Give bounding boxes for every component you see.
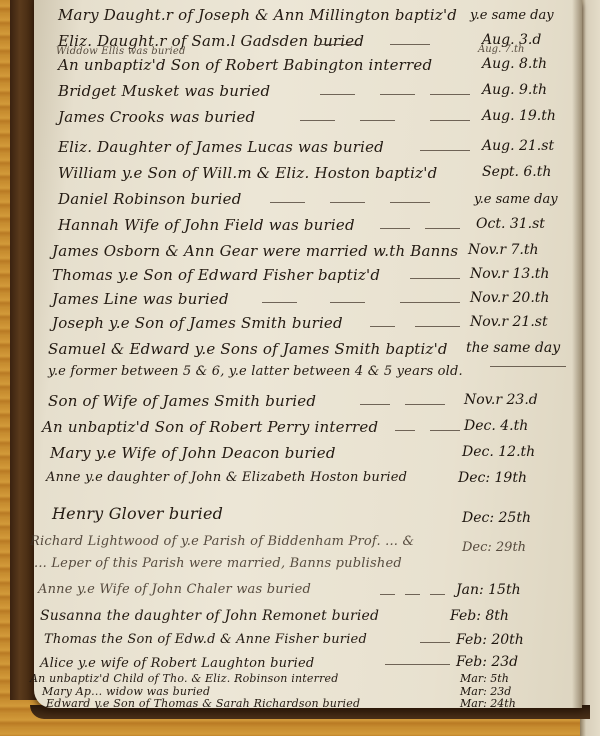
entry-date: Aug. 19.th xyxy=(482,108,556,124)
entry-date: Nov.r 7.th xyxy=(468,242,539,258)
entry-text: James Crooks was buried xyxy=(58,108,255,126)
separator-dash xyxy=(430,594,445,595)
entry-date: Aug. 8.th xyxy=(482,56,547,72)
separator-dash xyxy=(380,94,415,95)
entry-date: Nov.r 20.th xyxy=(470,290,549,306)
entry-text: Richard Lightwood of y.e Parish of Bidde… xyxy=(30,534,414,549)
register-entry: Thomas y.e Son of Edward Fisher baptiz'd… xyxy=(0,262,600,286)
entry-text: Henry Glover buried xyxy=(52,504,223,523)
entry-date: y.e same day xyxy=(474,192,558,207)
entry-date: Sept. 6.th xyxy=(482,164,551,180)
entry-text: Thomas the Son of Edw.d & Anne Fisher bu… xyxy=(44,632,367,647)
separator-dash xyxy=(430,120,470,121)
entry-text: Anne y.e daughter of John & Elizabeth Ho… xyxy=(46,470,407,485)
separator-dash xyxy=(330,202,365,203)
register-entry: Eliz. Daughter of James Lucas was buried… xyxy=(0,134,600,158)
entry-date: Aug. 9.th xyxy=(482,82,547,98)
register-entry: Samuel & Edward y.e Sons of James Smith … xyxy=(0,336,600,360)
register-entry: Anne y.e Wife of John Chaler was buried … xyxy=(0,578,600,602)
entry-date: Aug. 21.st xyxy=(482,138,554,154)
entry-text: Mary Daught.r of Joseph & Ann Millington… xyxy=(58,6,457,24)
separator-dash xyxy=(425,228,460,229)
entry-text: Mary y.e Wife of John Deacon buried xyxy=(50,444,336,462)
entry-date: Mar: 24th xyxy=(460,697,516,710)
entry-date: y.e same day xyxy=(470,8,554,23)
register-entry: y.e former between 5 & 6, y.e latter bet… xyxy=(0,360,600,384)
separator-dash xyxy=(270,202,305,203)
separator-dash xyxy=(430,94,470,95)
separator-dash xyxy=(405,404,445,405)
register-entry: Daniel Robinson buried y.e same day xyxy=(0,186,600,210)
entry-text: Bridget Musket was buried xyxy=(58,82,270,100)
entry-date: Dec. 4.th xyxy=(464,418,528,434)
separator-dash xyxy=(490,366,566,367)
separator-dash xyxy=(400,302,460,303)
entry-date: Jan: 15th xyxy=(456,582,521,598)
entry-text: Daniel Robinson buried xyxy=(58,190,242,208)
register-entry: Bridget Musket was buried Aug. 9.th xyxy=(0,78,600,102)
entry-text: y.e former between 5 & 6, y.e latter bet… xyxy=(48,364,463,379)
entry-date: Dec. 12.th xyxy=(462,444,535,460)
entry-date: Feb: 20th xyxy=(456,632,524,648)
register-entries: Mary Daught.r of Joseph & Ann Millington… xyxy=(0,0,600,736)
register-entry: Son of Wife of James Smith buried Nov.r … xyxy=(0,388,600,412)
separator-dash xyxy=(360,120,395,121)
register-entry: An unbaptiz'd Son of Robert Perry interr… xyxy=(0,414,600,438)
entry-text: Samuel & Edward y.e Sons of James Smith … xyxy=(48,340,448,358)
entry-text: An unbaptiz'd Son of Robert Perry interr… xyxy=(42,418,378,436)
register-entry: Thomas the Son of Edw.d & Anne Fisher bu… xyxy=(0,628,600,652)
register-entry: An unbaptiz'd Son of Robert Babington in… xyxy=(0,52,600,76)
entry-text: William y.e Son of Will.m & Eliz. Hoston… xyxy=(58,164,437,182)
separator-dash xyxy=(262,302,297,303)
entry-date: Feb: 23d xyxy=(456,654,518,670)
entry-text: James Osborn & Ann Gear were married w.t… xyxy=(52,242,458,260)
entry-date: Nov.r 23.d xyxy=(464,392,538,408)
entry-text: Joseph y.e Son of James Smith buried xyxy=(52,314,343,332)
separator-dash xyxy=(390,202,430,203)
entry-text: Son of Wife of James Smith buried xyxy=(48,392,316,410)
entry-text: ... Leper of this Parish were married, B… xyxy=(34,556,402,571)
separator-dash xyxy=(410,278,460,279)
register-entry: James Line was buried Nov.r 20.th xyxy=(0,286,600,310)
entry-text: James Line was buried xyxy=(52,290,229,308)
entry-date: Dec: 19th xyxy=(458,470,527,486)
entry-date: Dec: 25th xyxy=(462,510,531,526)
separator-dash xyxy=(300,120,335,121)
separator-dash xyxy=(415,326,460,327)
separator-dash xyxy=(405,594,420,595)
register-entry: Hannah Wife of John Field was buried Oct… xyxy=(0,212,600,236)
entry-text: Susanna the daughter of John Remonet bur… xyxy=(40,608,379,624)
separator-dash xyxy=(320,94,355,95)
separator-dash xyxy=(420,642,450,643)
entry-date: Nov.r 13.th xyxy=(470,266,549,282)
entry-date: the same day xyxy=(466,340,560,356)
register-entry: Joseph y.e Son of James Smith buried Nov… xyxy=(0,310,600,334)
entry-date: Oct. 31.st xyxy=(476,216,545,232)
register-entry: Mary y.e Wife of John Deacon buried Dec.… xyxy=(0,440,600,464)
separator-dash xyxy=(385,664,450,665)
separator-dash xyxy=(330,302,365,303)
entry-text: Hannah Wife of John Field was buried xyxy=(58,216,355,234)
register-entry: James Crooks was buried Aug. 19.th xyxy=(0,104,600,128)
separator-dash xyxy=(380,594,395,595)
register-entry: ... Leper of this Parish were married, B… xyxy=(0,552,600,576)
entry-text: Anne y.e Wife of John Chaler was buried xyxy=(38,582,311,597)
entry-text: An unbaptiz'd Son of Robert Babington in… xyxy=(58,56,432,74)
separator-dash xyxy=(370,326,395,327)
register-entry: Henry Glover buried Dec: 25th xyxy=(0,500,600,524)
register-entry: Richard Lightwood of y.e Parish of Bidde… xyxy=(0,530,600,554)
separator-dash xyxy=(380,228,410,229)
separator-dash xyxy=(420,150,470,151)
entry-text: Edward y.e Son of Thomas & Sarah Richard… xyxy=(46,697,360,710)
register-entry: Edward y.e Son of Thomas & Sarah Richard… xyxy=(0,695,600,719)
separator-dash xyxy=(395,430,415,431)
register-entry: James Osborn & Ann Gear were married w.t… xyxy=(0,238,600,262)
register-entry: Susanna the daughter of John Remonet bur… xyxy=(0,604,600,628)
entry-date: Nov.r 21.st xyxy=(470,314,548,330)
separator-dash xyxy=(360,404,390,405)
entry-text: Alice y.e wife of Robert Laughton buried xyxy=(40,656,314,671)
entry-text: Eliz. Daughter of James Lucas was buried xyxy=(58,138,384,156)
separator-dash xyxy=(430,430,460,431)
register-entry: Mary Daught.r of Joseph & Ann Millington… xyxy=(0,2,600,26)
register-entry: William y.e Son of Will.m & Eliz. Hoston… xyxy=(0,160,600,184)
entry-text: Thomas y.e Son of Edward Fisher baptiz'd xyxy=(52,266,380,284)
entry-date: Feb: 8th xyxy=(450,608,509,624)
register-entry: Anne y.e daughter of John & Elizabeth Ho… xyxy=(0,466,600,490)
